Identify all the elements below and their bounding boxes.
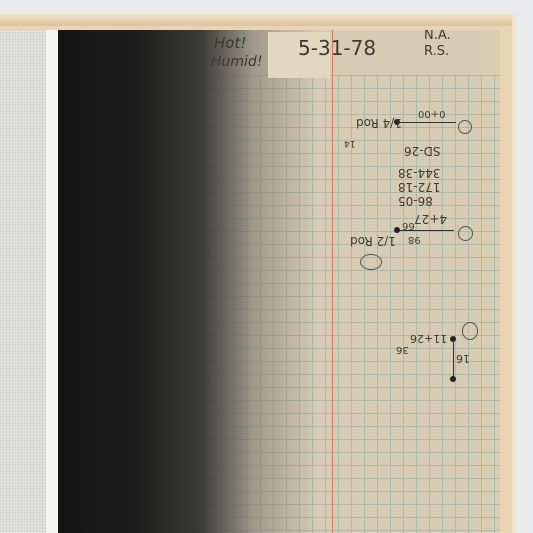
reading-1: 344-38 <box>398 166 441 180</box>
rod-2-label: 1/2 Rod <box>350 234 396 248</box>
rod-1-label: 1/4 Rod <box>356 116 402 130</box>
rod-2-circle <box>360 254 382 270</box>
station-3-label: 11+26 <box>410 332 447 345</box>
station-2-label: 4+27 <box>414 212 447 226</box>
weather-note-2: Humid! <box>211 54 262 70</box>
station-3-line <box>453 340 454 380</box>
graph-paper: Hot! Humid! 5-31-78 N.A. R.S. 0+00 1/4 R… <box>58 30 478 533</box>
charcoal-rubbing <box>58 30 318 533</box>
segment-3-label: 16 <box>456 352 470 365</box>
marker-1-circle <box>458 120 472 134</box>
station-2-point <box>394 227 400 233</box>
linen-edge <box>46 30 58 533</box>
station-1-line <box>398 122 456 123</box>
frame-top-edge <box>0 14 512 26</box>
rod-1-note: 14 <box>344 138 355 148</box>
initials-2: R.S. <box>424 44 449 59</box>
station-2-extra: 66 <box>402 220 415 231</box>
station-2-sub: 98 <box>408 234 421 245</box>
initials-1: N.A. <box>424 30 451 43</box>
reading-2: 172-18 <box>398 180 441 194</box>
date-note: 5-31-78 <box>298 36 376 60</box>
artwork-panel: Hot! Humid! 5-31-78 N.A. R.S. 0+00 1/4 R… <box>0 30 500 533</box>
station-1-label: 0+00 <box>418 108 445 119</box>
marker-3-circle <box>462 322 478 340</box>
weather-note-1: Hot! <box>214 34 246 52</box>
marker-2-circle <box>458 226 473 241</box>
red-margin-line <box>332 30 333 533</box>
station-3-end <box>450 376 456 382</box>
bearing-1: SD-26 <box>404 144 440 158</box>
reading-3: 86-05 <box>398 194 433 208</box>
station-3-sub: 36 <box>396 344 409 355</box>
